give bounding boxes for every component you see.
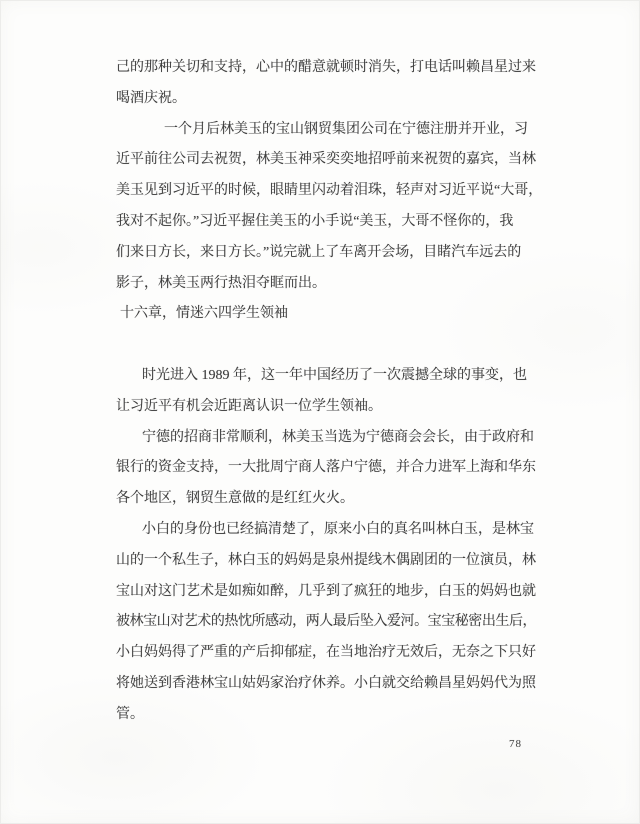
text-line: 管。 <box>116 700 538 731</box>
text-line: 宝山对这门艺术是如痴如醉，几乎到了疯狂的地步，白玉的妈妈也就 <box>116 577 538 608</box>
text-line: 近平前往公司去祝贺，林美玉神采奕奕地招呼前来祝贺的嘉宾，当林 <box>116 145 538 176</box>
text-line: 己的那种关切和支持，心中的醋意就顿时消失，打电话叫赖昌星过来 <box>116 53 538 84</box>
text-column: 己的那种关切和支持，心中的醋意就顿时消失，打电话叫赖昌星过来喝酒庆祝。一个月后林… <box>116 1 538 731</box>
document-page: 己的那种关切和支持，心中的醋意就顿时消失，打电话叫赖昌星过来喝酒庆祝。一个月后林… <box>0 0 640 824</box>
text-line: 美玉见到习近平的时候，眼睛里闪动着泪珠，轻声对习近平说“大哥， <box>116 176 538 207</box>
text-line: 山的一个私生子，林白玉的妈妈是泉州提线木偶剧团的一位演员，林 <box>116 546 538 577</box>
text-line: 各个地区，钢贸生意做的是红红火火。 <box>116 484 538 515</box>
text-line: 十六章，情迷六四学生领袖 <box>116 299 538 330</box>
text-line: 银行的资金支持，一大批周宁商人落户宁德，并合力进军上海和华东 <box>116 453 538 484</box>
text-line: 让习近平有机会近距离认识一位学生领袖。 <box>116 392 538 423</box>
text-line: 一个月后林美玉的宝山钢贸集团公司在宁德注册并开业，习 <box>116 115 538 146</box>
text-line: 被林宝山对艺术的热忱所感动，两人最后坠入爱河。宝宝秘密出生后， <box>116 607 538 638</box>
text-line: 我对不起你。”习近平握住美玉的小手说“美玉，大哥不怪你的，我 <box>116 207 538 238</box>
text-line: 喝酒庆祝。 <box>116 84 538 115</box>
text-line: 小白的身份也已经搞清楚了，原来小白的真名叫林白玉，是林宝 <box>116 515 538 546</box>
page-number: 78 <box>509 738 522 750</box>
text-line: 时光进入 1989 年，这一年中国经历了一次震撼全球的事变，也 <box>116 361 538 392</box>
text-line: 影子，林美玉两行热泪夺眶而出。 <box>116 269 538 300</box>
text-line: 宁德的招商非常顺利，林美玉当选为宁德商会会长，由于政府和 <box>116 423 538 454</box>
text-line: 将她送到香港林宝山姑妈家治疗休养。小白就交给赖昌星妈妈代为照 <box>116 669 538 700</box>
text-line: 小白妈妈得了严重的产后抑郁症，在当地治疗无效后，无奈之下只好 <box>116 638 538 669</box>
text-line: 们来日方长，来日方长。”说完就上了车离开会场，目睹汽车远去的 <box>116 238 538 269</box>
